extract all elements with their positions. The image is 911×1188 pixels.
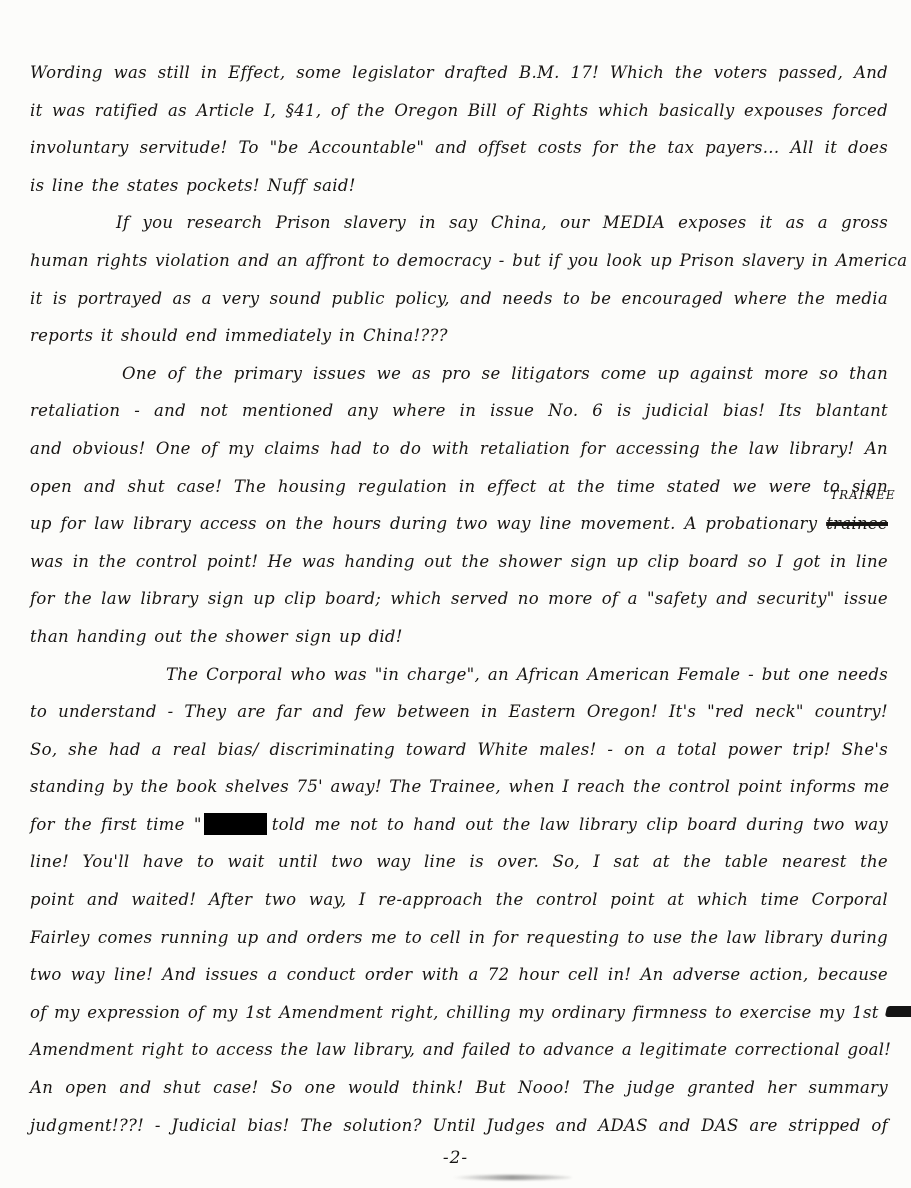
handwritten-line: involuntary servitude! To "be Accountabl… [30,129,888,167]
line-text: told me not to hand out the law library … [272,815,888,834]
handwritten-line: to understand - They are far and few bet… [30,693,888,731]
corrected-word: TRAINEEtrainee [826,505,888,543]
handwritten-line: and obvious! One of my claims had to do … [30,430,888,468]
handwritten-document-page: Wording was still in Effect, some legisl… [0,0,911,1188]
handwritten-line: An open and shut case! So one would thin… [30,1069,888,1107]
handwritten-line: Amendment right to access the law librar… [30,1031,888,1069]
handwritten-line: point and waited! After two way, I re-ap… [30,881,888,919]
handwritten-line: than handing out the shower sign up did! [30,618,888,656]
scan-smudge [452,1175,572,1180]
handwritten-line: was in the control point! He was handing… [30,543,888,581]
handwritten-line: human rights violation and an affront to… [30,242,888,280]
handwritten-line: judgment!??! - Judicial bias! The soluti… [30,1107,888,1145]
page-number: -2- [0,1148,911,1168]
line-text: of my expression of my 1st Amendment rig… [30,1003,879,1022]
handwritten-line: So, she had a real bias/ discriminating … [30,731,888,769]
line-text: up for law library access on the hours d… [30,514,826,533]
handwritten-line: is line the states pockets! Nuff said! [30,167,888,205]
handwritten-line: it is portrayed as a very sound public p… [30,280,888,318]
handwritten-line: line! You'll have to wait until two way … [30,843,888,881]
handwritten-line-with-correction: up for law library access on the hours d… [30,505,888,543]
document-text-block: Wording was still in Effect, some legisl… [30,54,888,1144]
redaction-box [204,813,267,835]
handwritten-line-with-redaction: for the first time "told me not to hand … [30,806,888,844]
handwritten-line: standing by the book shelves 75' away! T… [30,768,888,806]
handwritten-line: The Corporal who was "in charge", an Afr… [30,656,888,694]
handwritten-line: One of the primary issues we as pro se l… [30,355,888,393]
handwritten-line: it was ratified as Article I, §41, of th… [30,92,888,130]
handwritten-line: Wording was still in Effect, some legisl… [30,54,888,92]
inserted-word-above: TRAINEE [830,489,895,501]
struck-out-word: trainee [826,514,888,533]
scribbled-out-word [885,1006,911,1017]
handwritten-line: open and shut case! The housing regulati… [30,468,888,506]
handwritten-line-with-scribble: of my expression of my 1st Amendment rig… [30,994,888,1032]
handwritten-line: If you research Prison slavery in say Ch… [30,204,888,242]
handwritten-line: two way line! And issues a conduct order… [30,956,888,994]
line-text: for the first time " [30,815,202,834]
handwritten-line: retaliation - and not mentioned any wher… [30,392,888,430]
handwritten-line: Fairley comes running up and orders me t… [30,919,888,957]
handwritten-line: for the law library sign up clip board; … [30,580,888,618]
handwritten-line: reports it should end immediately in Chi… [30,317,888,355]
